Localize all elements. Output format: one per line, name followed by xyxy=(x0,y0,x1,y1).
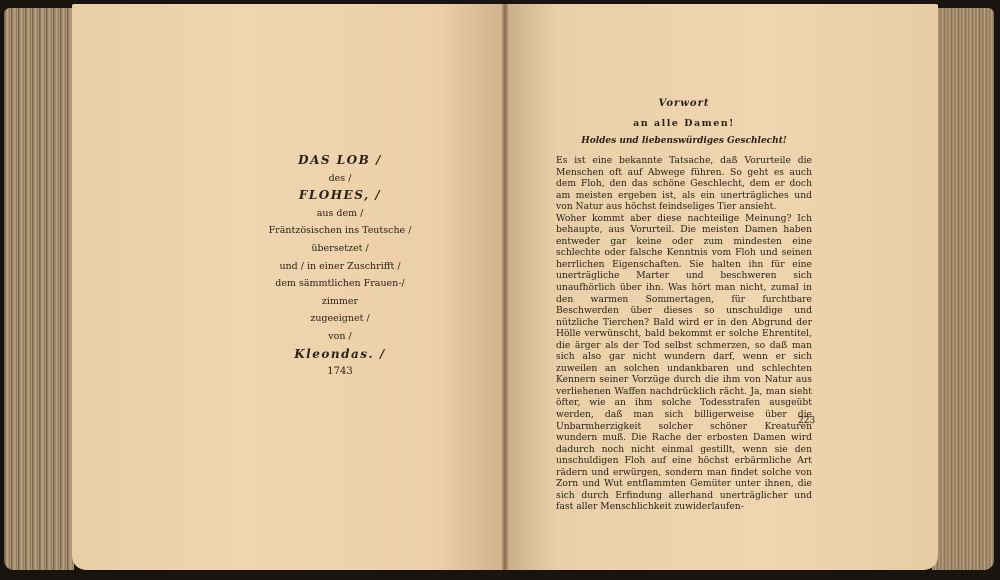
title-line: von / xyxy=(200,328,480,346)
title-line: DAS LOB / xyxy=(200,152,480,170)
page-edges-right xyxy=(932,8,994,570)
preface-block: Vorwort an alle Damen! Holdes und lieben… xyxy=(556,98,812,513)
paragraph: Woher kommt aber diese nachteilige Meinu… xyxy=(556,213,812,513)
year-line: 1743 xyxy=(200,363,480,381)
page-edges-left xyxy=(4,8,74,570)
title-page-block: DAS LOB / des / FLOHES, / aus dem / Frän… xyxy=(200,152,480,381)
page-number: 223 xyxy=(798,416,815,426)
open-book: DAS LOB / des / FLOHES, / aus dem / Frän… xyxy=(0,0,1000,580)
title-line: des / xyxy=(200,170,480,188)
title-line: Fräntzösischen ins Teutsche / xyxy=(200,222,480,240)
preface-body: Es ist eine bekannte Tatsache, daß Vorur… xyxy=(556,155,812,513)
book-gutter xyxy=(502,4,508,570)
title-line: aus dem / xyxy=(200,205,480,223)
title-line: FLOHES, / xyxy=(200,187,480,205)
title-line: dem sämmtlichen Frauen-/ xyxy=(200,275,480,293)
preface-heading: Vorwort xyxy=(556,98,812,118)
paragraph: Es ist eine bekannte Tatsache, daß Vorur… xyxy=(556,155,812,213)
title-line: zugeeignet / xyxy=(200,310,480,328)
preface-greeting: Holdes und liebenswürdiges Geschlecht! xyxy=(556,136,812,155)
title-line: übersetzet / xyxy=(200,240,480,258)
author-line: Kleondas. / xyxy=(200,346,480,364)
preface-subheading: an alle Damen! xyxy=(556,118,812,136)
title-line: und / in einer Zuschrifft / xyxy=(200,258,480,276)
title-line: zimmer xyxy=(200,293,480,311)
